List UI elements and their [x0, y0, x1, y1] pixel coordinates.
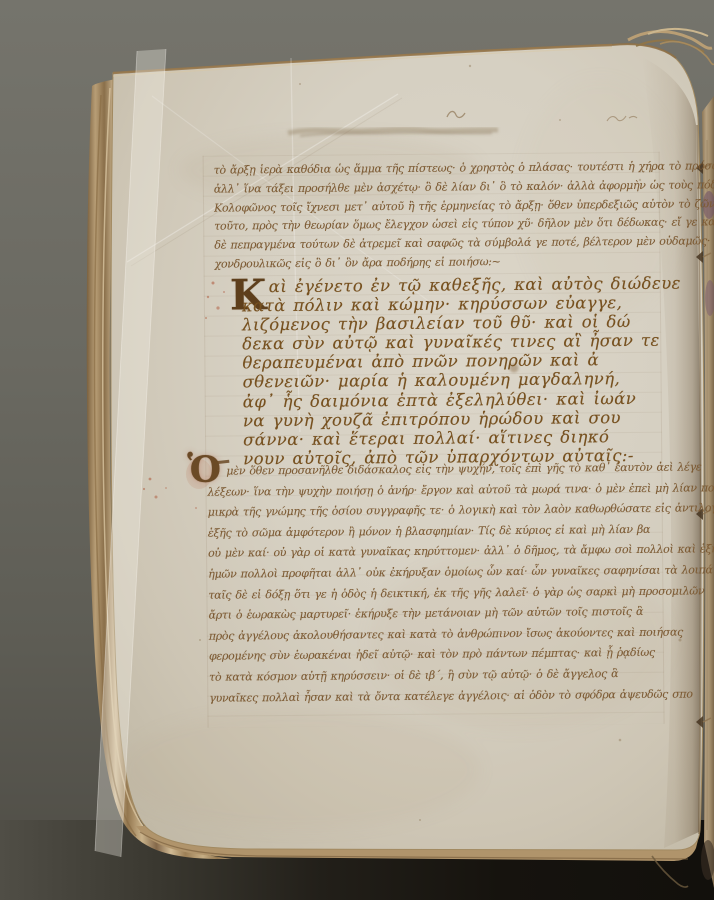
manuscript-photo: τὸ ἄρξῃ ἱερὰ καθόδια ὡς ἅμμα τῆς πίστεως…: [0, 0, 714, 900]
book-scene: [0, 0, 714, 900]
